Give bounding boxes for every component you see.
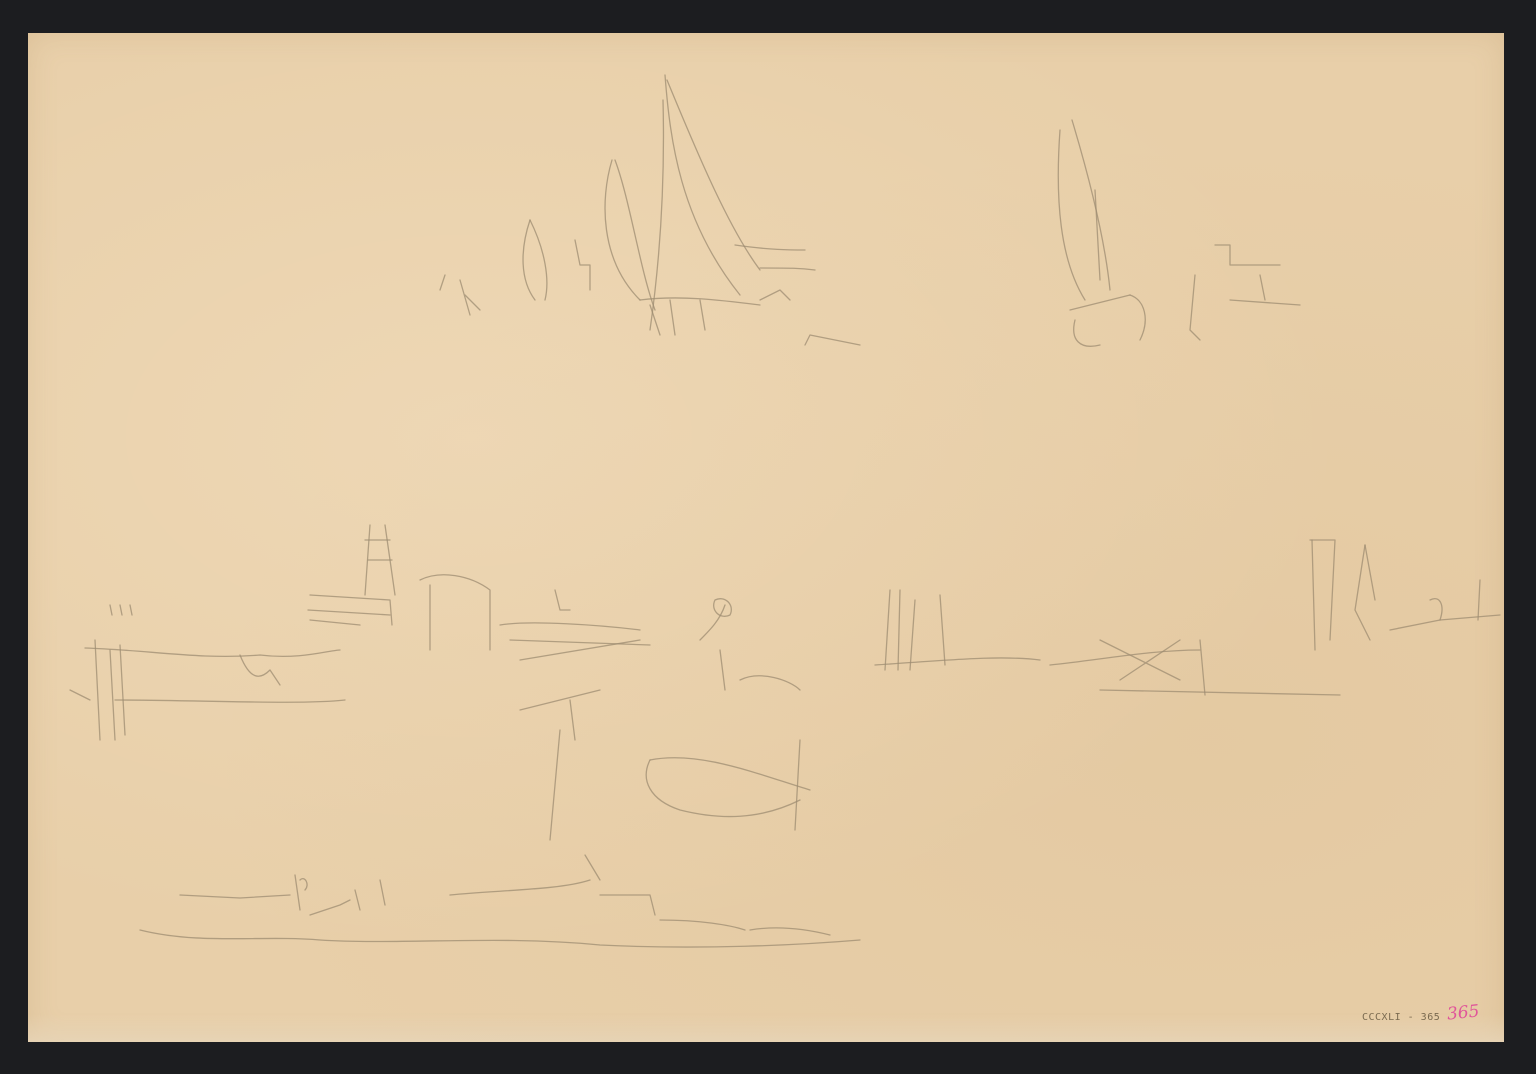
pencil-sketches xyxy=(0,0,1536,1074)
inventory-label: CCCXLI - 365 xyxy=(1362,1012,1440,1023)
coastline-bottom-left xyxy=(140,855,860,947)
sailing-boat-top-right xyxy=(1058,120,1300,346)
pink-pencil-number: 365 xyxy=(1446,1001,1480,1024)
harbour-scene-middle xyxy=(70,525,1500,840)
sailing-boats-group-top-center xyxy=(440,75,860,345)
